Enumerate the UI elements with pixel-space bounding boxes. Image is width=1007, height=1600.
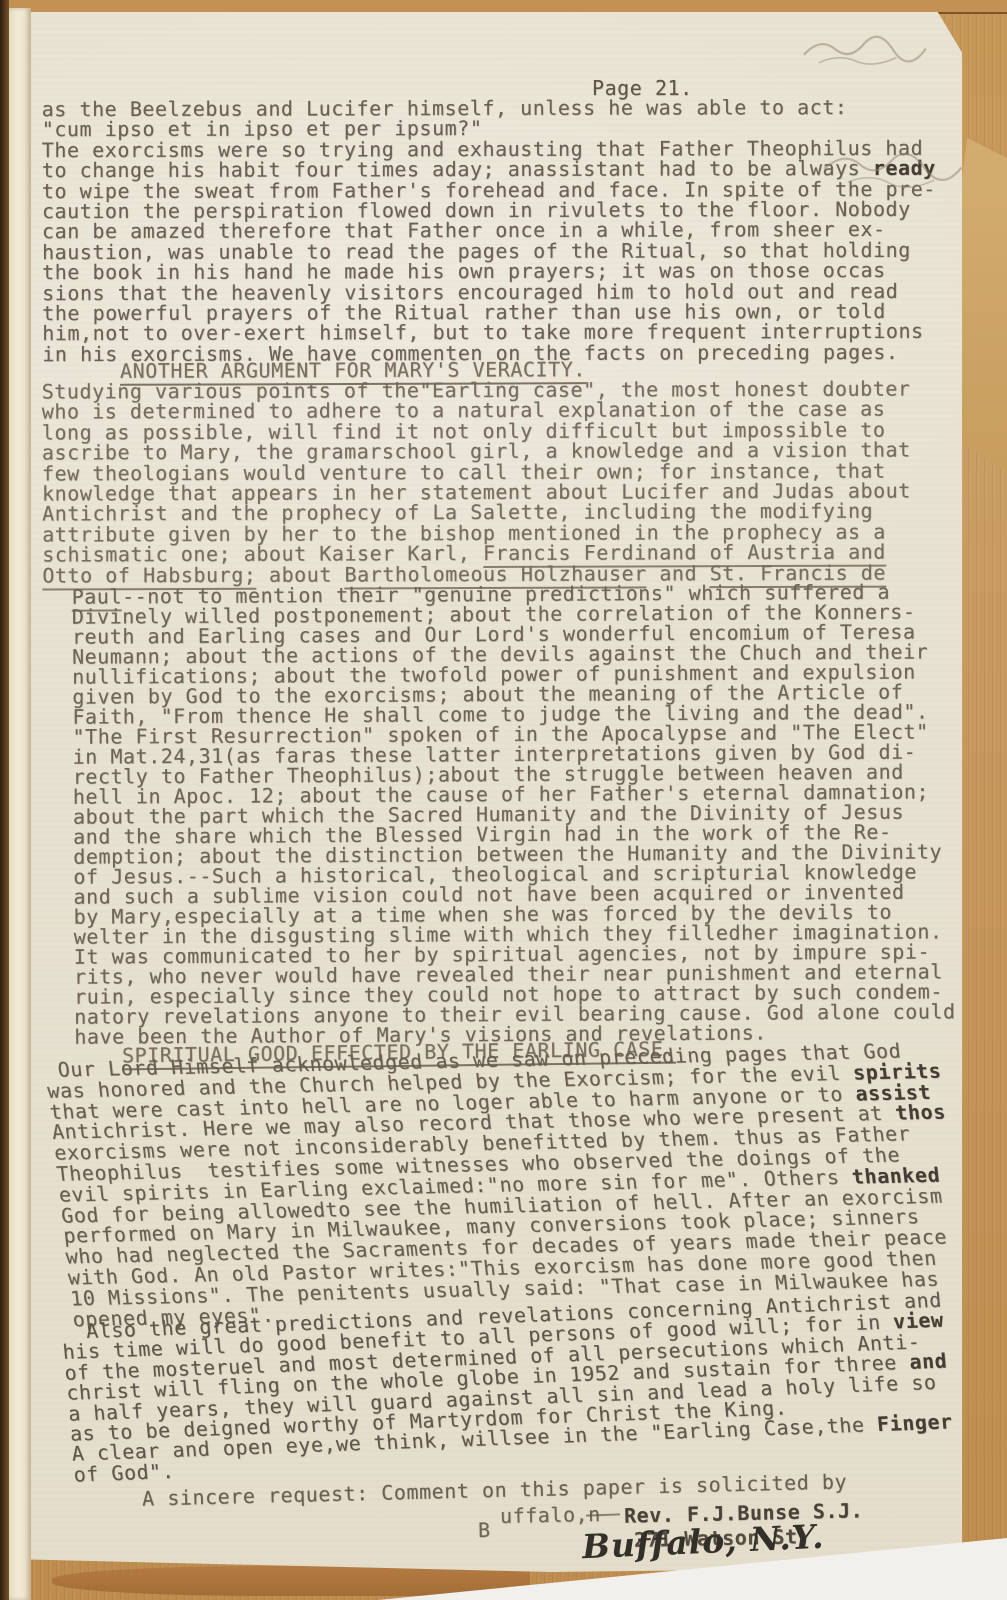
typed-line: as the Beelzebus and Lucifer himself, un… xyxy=(42,97,936,120)
pencil-scribble xyxy=(797,24,942,91)
paragraph-exorcisms: as the Beelzebus and Lucifer himself, un… xyxy=(42,97,937,365)
cardboard-stain xyxy=(52,1566,530,1596)
typed-text: Finger xyxy=(876,1410,954,1437)
pencil-dash xyxy=(586,1513,620,1516)
book-spine-edge xyxy=(0,0,9,1600)
paragraph-earling-case: Studying various points of the"Earling c… xyxy=(42,378,911,585)
document-page: Page 21. as the Beelzebus and Lucifer hi… xyxy=(30,12,962,1572)
cardboard-top-strip xyxy=(0,0,1007,14)
typed-text: of God". xyxy=(73,1459,176,1487)
page-edge-strip xyxy=(9,8,31,1600)
paragraph-spiritual-good: Our Lord Himself acknowledged as we saw … xyxy=(44,1040,968,1330)
paragraph-predictions: Also the great predictions and revelatio… xyxy=(60,1290,955,1485)
scanned-document-on-cardboard: Page 21. as the Beelzebus and Lucifer hi… xyxy=(0,0,1007,1600)
footer-typed-b: B xyxy=(478,1518,491,1542)
paragraph-earling-case-continued: Paul--not to mention their "genuine pred… xyxy=(72,581,956,1046)
